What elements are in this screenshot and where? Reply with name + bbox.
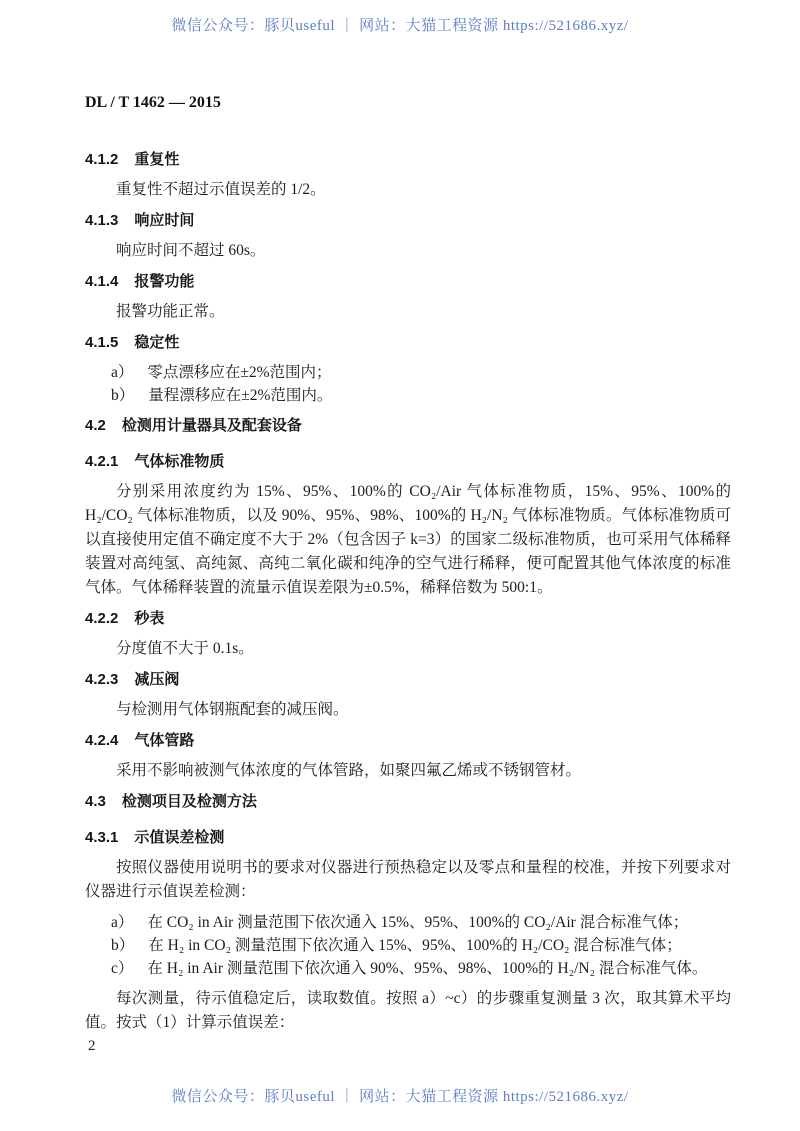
list-item-text: 在 CO₂ in Air 测量范围下依次通入 15%、95%、100%的 CO₂… bbox=[147, 914, 688, 931]
watermark-top: 微信公众号：豚贝useful ｜ 网站：大猫工程资源 https://52168… bbox=[0, 14, 800, 35]
section-title: 重复性 bbox=[134, 151, 179, 168]
section-title: 报警功能 bbox=[134, 273, 194, 290]
section-number: 4.1.5 bbox=[85, 331, 118, 354]
section-title: 检测项目及检测方法 bbox=[122, 793, 257, 810]
section-number: 4.3 bbox=[85, 790, 106, 813]
section-title: 响应时间 bbox=[134, 212, 194, 229]
section-title: 秒表 bbox=[134, 610, 164, 627]
section-number: 4.2.4 bbox=[85, 729, 118, 752]
paragraph: 采用不影响被测气体浓度的气体管路，如聚四氟乙烯或不锈钢管材。 bbox=[85, 759, 731, 783]
section-number: 4.1.2 bbox=[85, 148, 118, 171]
paragraph: 分度值不大于 0.1s。 bbox=[85, 637, 731, 661]
section-number: 4.2.3 bbox=[85, 668, 118, 691]
section-heading: 4.1.3响应时间 bbox=[85, 209, 731, 232]
section-title: 稳定性 bbox=[134, 334, 179, 351]
section-title: 减压阀 bbox=[134, 671, 179, 688]
paragraph: 按照仪器使用说明书的要求对仪器进行预热稳定以及零点和量程的校准，并按下列要求对仪… bbox=[85, 856, 731, 904]
section-heading: 4.2.2秒表 bbox=[85, 607, 731, 630]
list-item-marker: b） bbox=[111, 934, 134, 957]
doc-number: DL / T 1462 — 2015 bbox=[85, 94, 221, 112]
section-title: 检测用计量器具及配套设备 bbox=[122, 417, 302, 434]
section-number: 4.3.1 bbox=[85, 826, 118, 849]
list-item: b）在 H₂ in CO₂ 测量范围下依次通入 15%、95%、100%的 H₂… bbox=[85, 934, 731, 957]
list-item: a）零点漂移应在±2%范围内； bbox=[85, 361, 731, 384]
section-heading: 4.1.2重复性 bbox=[85, 148, 731, 171]
section-heading: 4.2.4气体管路 bbox=[85, 729, 731, 752]
section-title: 气体管路 bbox=[134, 732, 194, 749]
list-item: c）在 H₂ in Air 测量范围下依次通入 90%、95%、98%、100%… bbox=[85, 957, 731, 980]
watermark-bottom: 微信公众号：豚贝useful ｜ 网站：大猫工程资源 https://52168… bbox=[0, 1085, 800, 1106]
section-number: 4.2.2 bbox=[85, 607, 118, 630]
list-item-marker: b） bbox=[111, 384, 134, 407]
list-item-text: 量程漂移应在±2%范围内。 bbox=[148, 387, 332, 404]
paragraph: 响应时间不超过 60s。 bbox=[85, 239, 731, 263]
paragraph: 每次测量，待示值稳定后，读取数值。按照 a）~c）的步骤重复测量 3 次，取其算… bbox=[85, 987, 731, 1035]
section-heading: 4.3检测项目及检测方法 bbox=[85, 790, 731, 813]
section-number: 4.1.4 bbox=[85, 270, 118, 293]
section-heading: 4.2.3减压阀 bbox=[85, 668, 731, 691]
section-heading: 4.1.4报警功能 bbox=[85, 270, 731, 293]
section-title: 气体标准物质 bbox=[134, 453, 224, 470]
paragraph: 与检测用气体钢瓶配套的减压阀。 bbox=[85, 698, 731, 722]
section-title: 示值误差检测 bbox=[134, 829, 224, 846]
list-item-marker: c） bbox=[111, 957, 133, 980]
paragraph: 重复性不超过示值误差的 1/2。 bbox=[85, 178, 731, 202]
section-heading: 4.3.1示值误差检测 bbox=[85, 826, 731, 849]
list-item: a）在 CO₂ in Air 测量范围下依次通入 15%、95%、100%的 C… bbox=[85, 911, 731, 934]
list-item-text: 在 H₂ in Air 测量范围下依次通入 90%、95%、98%、100%的 … bbox=[147, 960, 707, 977]
document-content: 4.1.2重复性重复性不超过示值误差的 1/2。4.1.3响应时间响应时间不超过… bbox=[85, 140, 731, 1042]
section-heading: 4.2.1气体标准物质 bbox=[85, 450, 731, 473]
section-heading: 4.2检测用计量器具及配套设备 bbox=[85, 414, 731, 437]
list-item-text: 在 H₂ in CO₂ 测量范围下依次通入 15%、95%、100%的 H₂/C… bbox=[148, 937, 682, 954]
section-number: 4.2 bbox=[85, 414, 106, 437]
list-item-marker: a） bbox=[111, 911, 133, 934]
section-heading: 4.1.5稳定性 bbox=[85, 331, 731, 354]
list-item-text: 零点漂移应在±2%范围内； bbox=[147, 364, 331, 381]
section-number: 4.1.3 bbox=[85, 209, 118, 232]
paragraph: 报警功能正常。 bbox=[85, 300, 731, 324]
list-item-marker: a） bbox=[111, 361, 133, 384]
paragraph: 分别采用浓度约为 15%、95%、100%的 CO₂/Air 气体标准物质，15… bbox=[85, 480, 731, 600]
page-number: 2 bbox=[88, 1038, 96, 1055]
list-item: b）量程漂移应在±2%范围内。 bbox=[85, 384, 731, 407]
section-number: 4.2.1 bbox=[85, 450, 118, 473]
